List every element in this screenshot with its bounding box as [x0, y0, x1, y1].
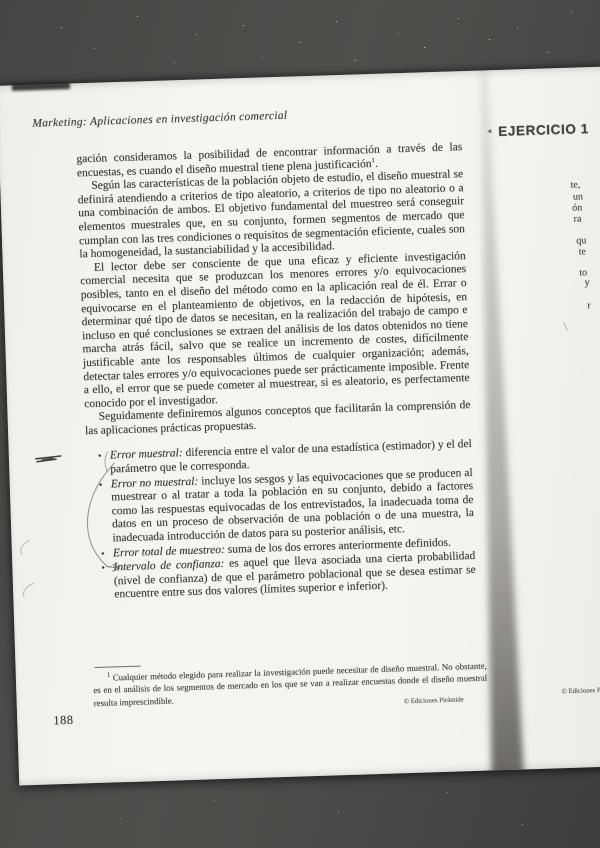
- line-fragment: te,: [570, 179, 580, 190]
- footnote-number: 1: [107, 672, 110, 679]
- left-arrow-marker-icon: ◄: [485, 128, 493, 136]
- bullet-term: Error total de muestreo:: [113, 543, 225, 559]
- line-fragment: ón: [572, 202, 582, 213]
- body-text: gación consideramos la posibilidad de en…: [76, 141, 476, 604]
- list-item: Error no muestral: incluye los sesgos y …: [111, 467, 475, 546]
- line-fragment: un: [573, 191, 583, 202]
- paragraph-3: El lector debe ser consciente de que una…: [80, 250, 471, 412]
- bullet-term: Error muestral:: [110, 448, 183, 462]
- book-page: Marketing: Aplicaciones en investigación…: [0, 65, 600, 786]
- running-header: Marketing: Aplicaciones en investigación…: [32, 110, 287, 130]
- copyright-left-page: © Ediciones Pirámide: [404, 696, 464, 705]
- dust-speckles: [0, 0, 1, 1]
- definition-list: Error muestral: diferencia entre el valo…: [96, 438, 477, 602]
- line-fragment: qu: [576, 235, 586, 246]
- scanned-book-photo: Marketing: Aplicaciones en investigación…: [0, 0, 600, 848]
- page-number: 188: [53, 713, 74, 729]
- margin-faint-arc-2: [23, 583, 34, 597]
- margin-scribble: [36, 456, 61, 462]
- margin-faint-arc-1: [20, 540, 30, 554]
- line-fragment: r: [587, 300, 591, 311]
- exercise-heading-label: EJERCICIO 1: [498, 121, 589, 139]
- exercise-heading: ◄ EJERCICIO 1: [486, 121, 590, 139]
- line-fragment: te: [578, 246, 586, 257]
- line-fragment: ra: [573, 213, 581, 224]
- paragraph-1-period: .: [375, 157, 378, 169]
- line-fragment: y: [584, 277, 589, 288]
- paragraph-2: Según las características de la població…: [77, 168, 465, 262]
- copyright-right-page: © Ediciones P.: [561, 687, 600, 695]
- stray-mark: [564, 323, 567, 330]
- footnote-rule: [95, 666, 141, 668]
- bullet-term: Error no muestral:: [111, 475, 199, 490]
